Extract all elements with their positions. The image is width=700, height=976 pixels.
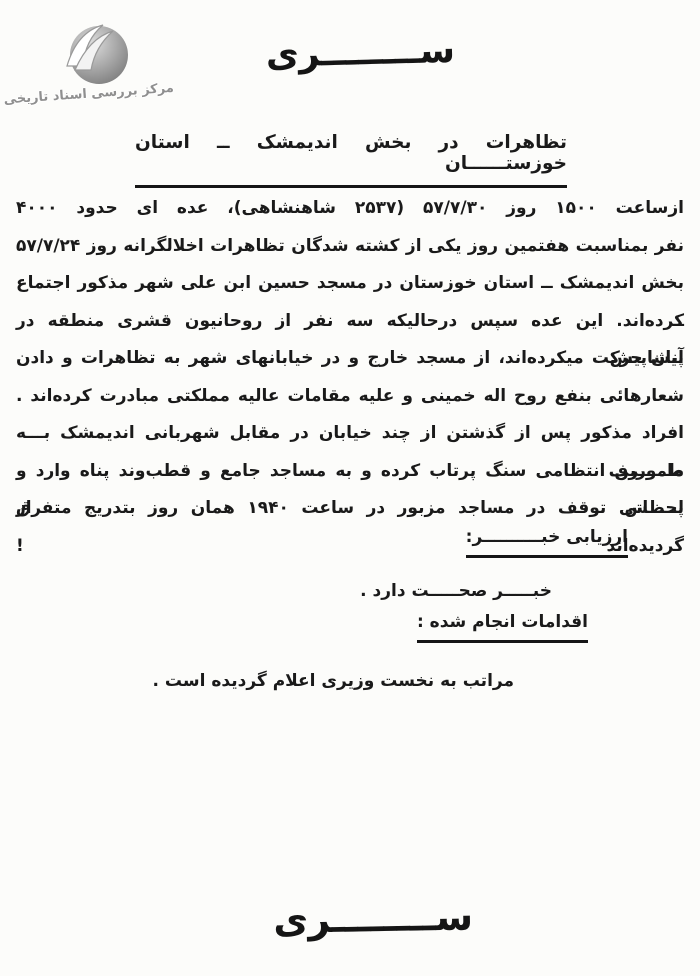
evaluation-text: خبـــــر صحـــــت دارد . (360, 581, 552, 601)
actions-text: مراتب به نخست وزیری اعلام گردیده است . (153, 671, 514, 691)
classification-stamp-top: ســــــــری (289, 30, 455, 75)
open-book-globe-icon (23, 20, 173, 90)
body-line-1: ازساعت ۱۵۰۰ روز ۵۷/۷/۳۰ (۲۵۳۷ شاهنشاهی)،… (16, 190, 684, 228)
body-line-9: لحظاتی توقف در مساجد مزبور در ساعت ۱۹۴۰ … (16, 490, 684, 528)
body-line-6: شعارهائی بنفع روح اله خمینی و علیه مقاما… (16, 378, 684, 416)
body-line-2: نفر بمناسبت هفتمین روز یکی از کشته شدگان… (16, 228, 684, 266)
actions-section-label: اقدامات انجام شده : (417, 612, 588, 643)
document-body: ازساعت ۱۵۰۰ روز ۵۷/۷/۳۰ (۲۵۳۷ شاهنشاهی)،… (16, 190, 684, 528)
classification-stamp-bottom: ســــــــری (298, 894, 474, 941)
body-line-3: بخش اندیمشک ــ استان خوزستان در مسجد حسی… (16, 265, 684, 303)
body-line-5: آنان حرکت میکرده‌اند، از مسجد خارج و در … (16, 340, 684, 378)
body-line-8: مامورین انتظامی سنگ پرتاب کرده و به مساج… (16, 453, 684, 491)
evaluation-section-label: ارزیابی خبــــــــــر: (466, 527, 628, 558)
document-title: تظاهرات در بخش اندیمشک ــ استان خوزستـــ… (135, 132, 567, 188)
scanned-document-page: مرکز بررسی اسناد تاریخی ســــــــری تظاه… (0, 0, 700, 976)
body-line-7: افراد مذکور پس از گذشتن از چند خیابان در… (16, 415, 684, 453)
archive-logo: مرکز بررسی اسناد تاریخی (22, 20, 174, 101)
body-line-4: کرده‌اند. این عده سپس درحالیکه سه نفر از… (16, 303, 684, 341)
